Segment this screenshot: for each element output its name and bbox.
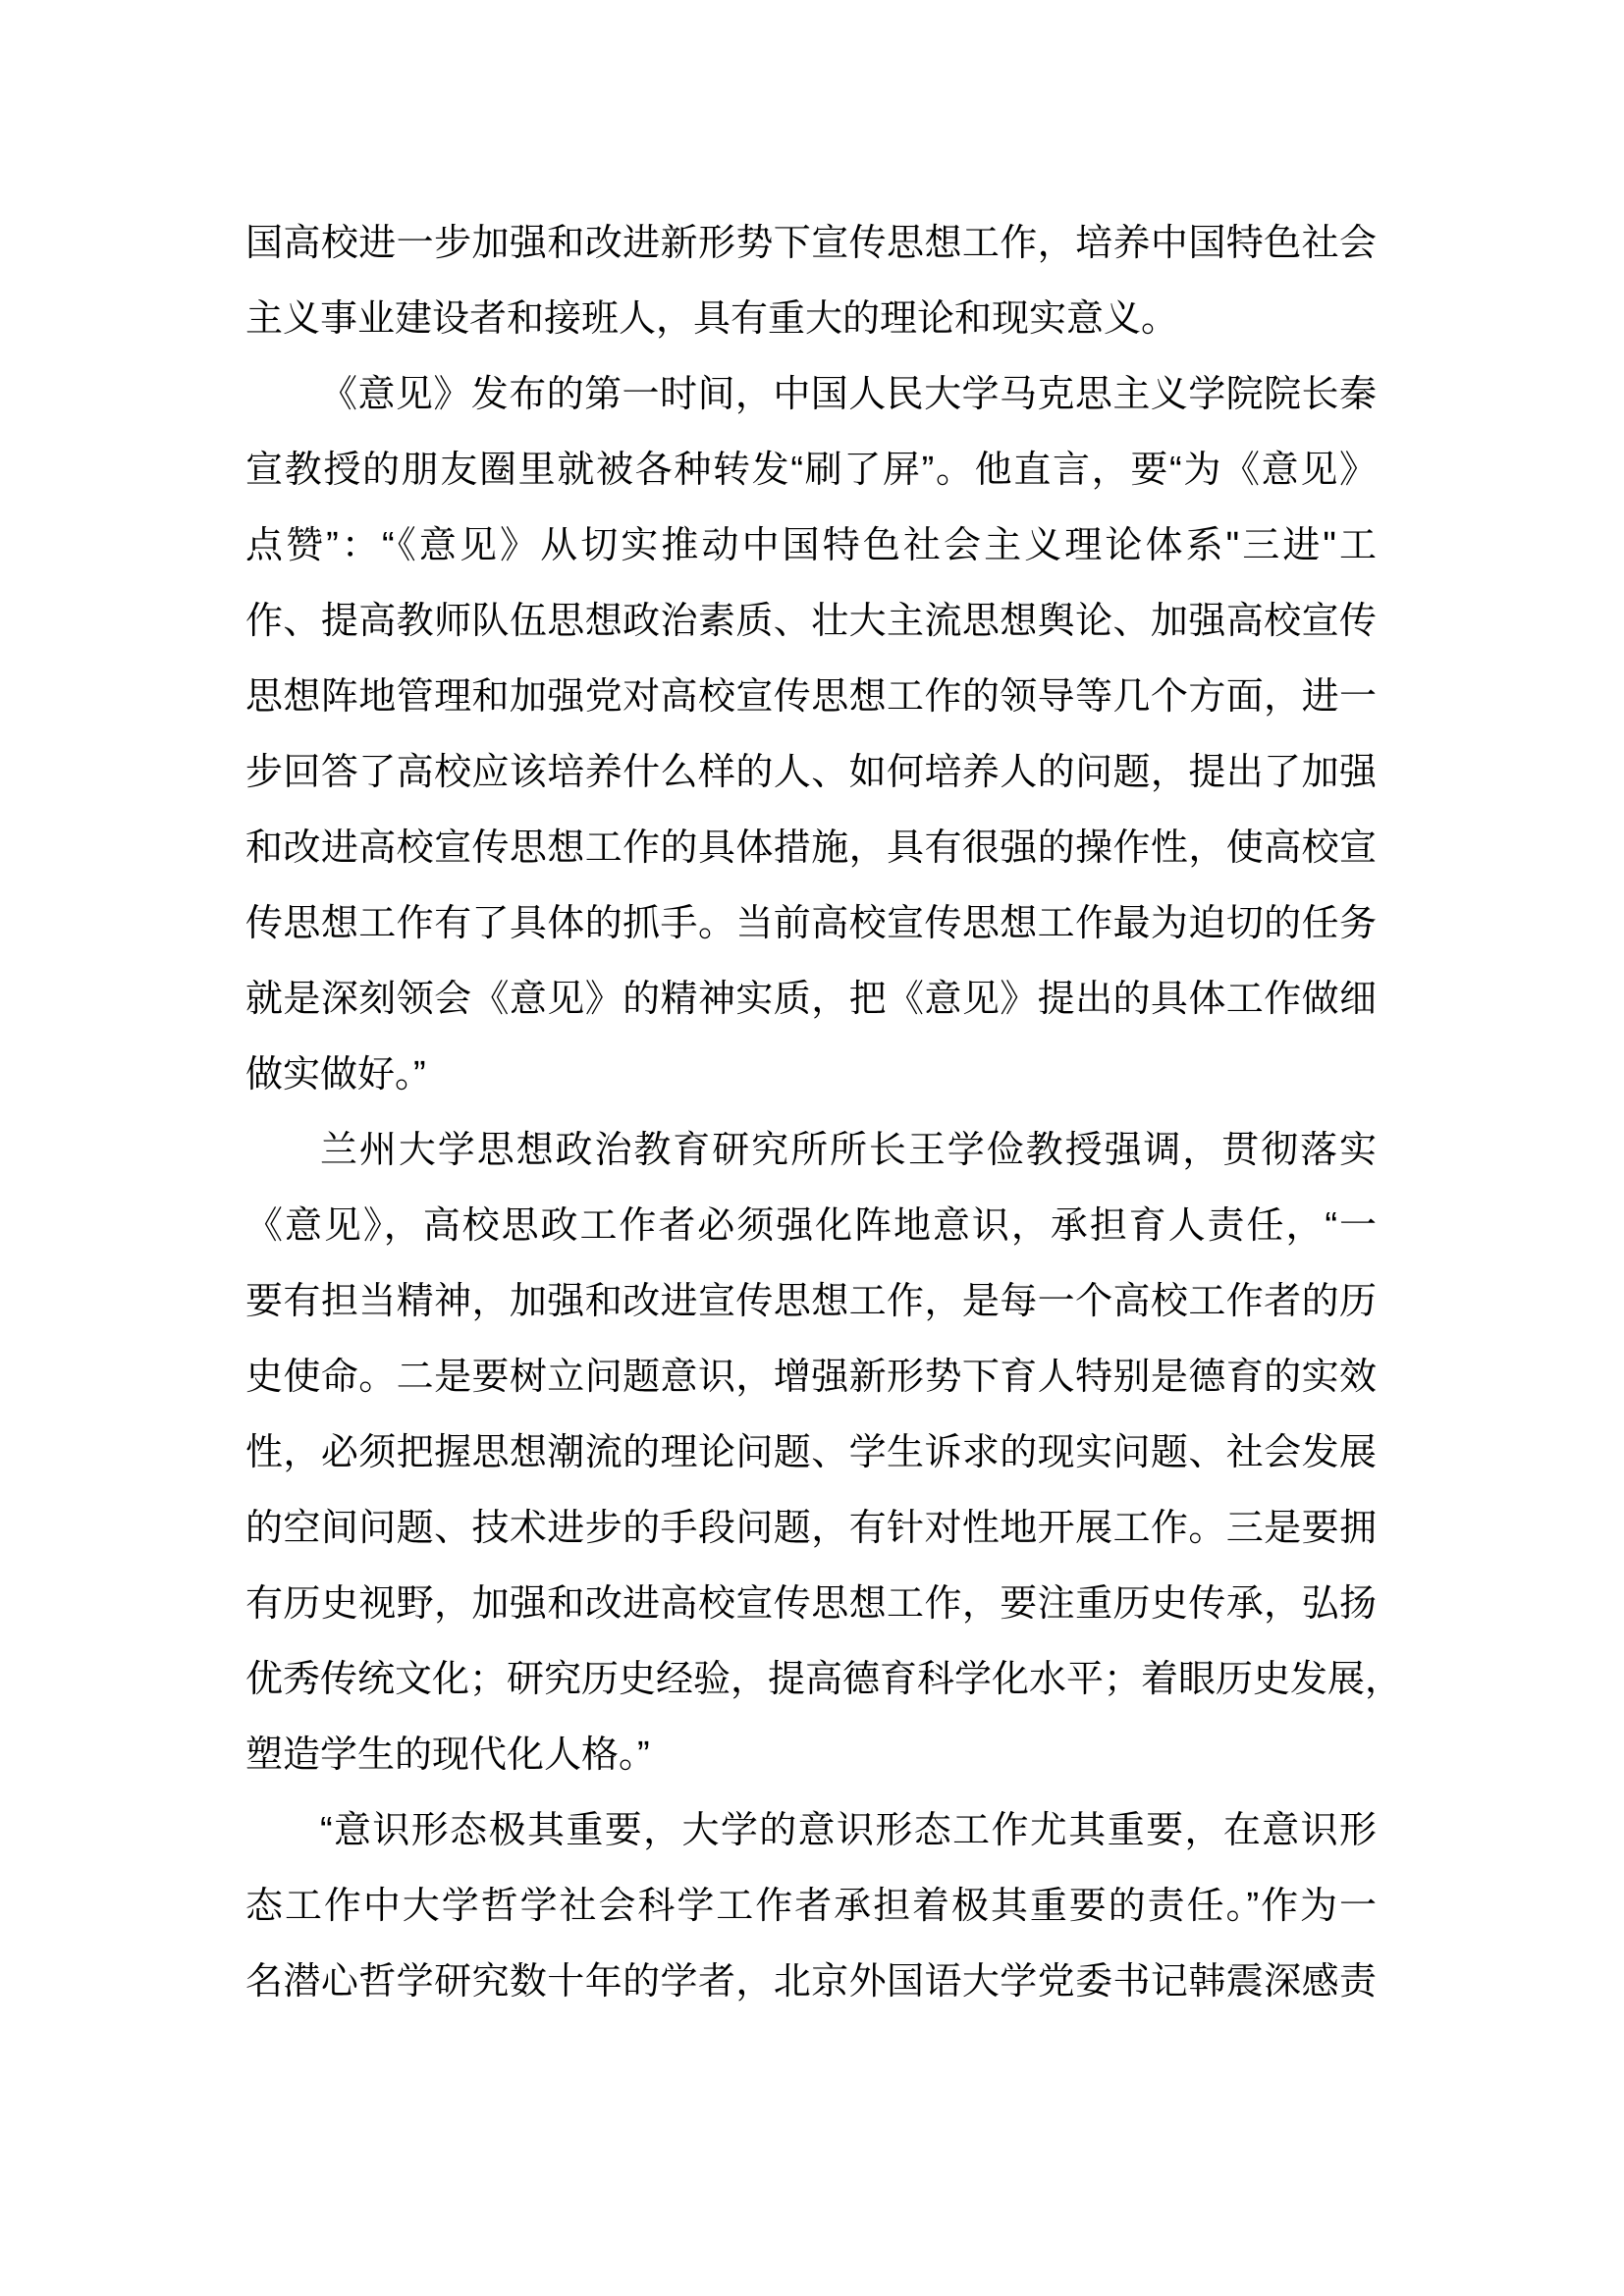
text-line: 有历史视野，加强和改进高校宣传思想工作，要注重历史传承，弘扬: [245, 1567, 1377, 1642]
text-line: 《意见》，高校思政工作者必须强化阵地意识，承担育人责任，“一: [245, 1189, 1377, 1264]
text-line: “意识形态极其重要，大学的意识形态工作尤其重要，在意识形: [245, 1793, 1377, 1869]
text-line: 性，必须把握思想潮流的理论问题、学生诉求的现实问题、社会发展: [245, 1415, 1377, 1491]
text-line: 要有担当精神，加强和改进宣传思想工作，是每一个高校工作者的历: [245, 1264, 1377, 1340]
text-line: 塑造学生的现代化人格。”: [245, 1718, 1377, 1793]
text-line: 步回答了高校应该培养什么样的人、如何培养人的问题，提出了加强: [245, 735, 1377, 811]
text-line: 就是深刻领会《意见》的精神实质，把《意见》提出的具体工作做细: [245, 962, 1377, 1038]
paragraph: 国高校进一步加强和改进新形势下宣传思想工作，培养中国特色社会 主义事业建设者和接…: [245, 206, 1377, 357]
text-line: 《意见》发布的第一时间，中国人民大学马克思主义学院院长秦: [245, 357, 1377, 433]
text-line: 优秀传统文化；研究历史经验，提高德育科学化水平；着眼历史发展，: [245, 1642, 1377, 1718]
document-page: 国高校进一步加强和改进新形势下宣传思想工作，培养中国特色社会 主义事业建设者和接…: [0, 0, 1624, 2296]
text-line: 做实做好。”: [245, 1038, 1377, 1113]
text-line: 作、提高教师队伍思想政治素质、壮大主流思想舆论、加强高校宣传: [245, 584, 1377, 660]
paragraph: 兰州大学思想政治教育研究所所长王学俭教授强调，贯彻落实 《意见》，高校思政工作者…: [245, 1113, 1377, 1793]
text-line: 名潜心哲学研究数十年的学者，北京外国语大学党委书记韩震深感责: [245, 1945, 1377, 2020]
text-line: 主义事业建设者和接班人，具有重大的理论和现实意义。: [245, 282, 1377, 357]
text-line: 国高校进一步加强和改进新形势下宣传思想工作，培养中国特色社会: [245, 206, 1377, 282]
text-line: 史使命。二是要树立问题意识，增强新形势下育人特别是德育的实效: [245, 1340, 1377, 1415]
text-line: 兰州大学思想政治教育研究所所长王学俭教授强调，贯彻落实: [245, 1113, 1377, 1189]
text-line: 态工作中大学哲学社会科学工作者承担着极其重要的责任。”作为一: [245, 1869, 1377, 1945]
text-line: 传思想工作有了具体的抓手。当前高校宣传思想工作最为迫切的任务: [245, 886, 1377, 962]
text-line: 宣教授的朋友圈里就被各种转发“刷了屏”。他直言，要“为《意见》: [245, 433, 1377, 508]
document-text-block: 国高校进一步加强和改进新形势下宣传思想工作，培养中国特色社会 主义事业建设者和接…: [245, 206, 1377, 2020]
paragraph: 《意见》发布的第一时间，中国人民大学马克思主义学院院长秦 宣教授的朋友圈里就被各…: [245, 357, 1377, 1113]
text-line: 的空间问题、技术进步的手段问题，有针对性地开展工作。三是要拥: [245, 1491, 1377, 1567]
paragraph: “意识形态极其重要，大学的意识形态工作尤其重要，在意识形 态工作中大学哲学社会科…: [245, 1793, 1377, 2020]
text-line: 点赞”：“《意见》从切实推动中国特色社会主义理论体系"三进"工: [245, 508, 1377, 584]
text-line: 和改进高校宣传思想工作的具体措施，具有很强的操作性，使高校宣: [245, 811, 1377, 886]
text-line: 思想阵地管理和加强党对高校宣传思想工作的领导等几个方面，进一: [245, 660, 1377, 735]
